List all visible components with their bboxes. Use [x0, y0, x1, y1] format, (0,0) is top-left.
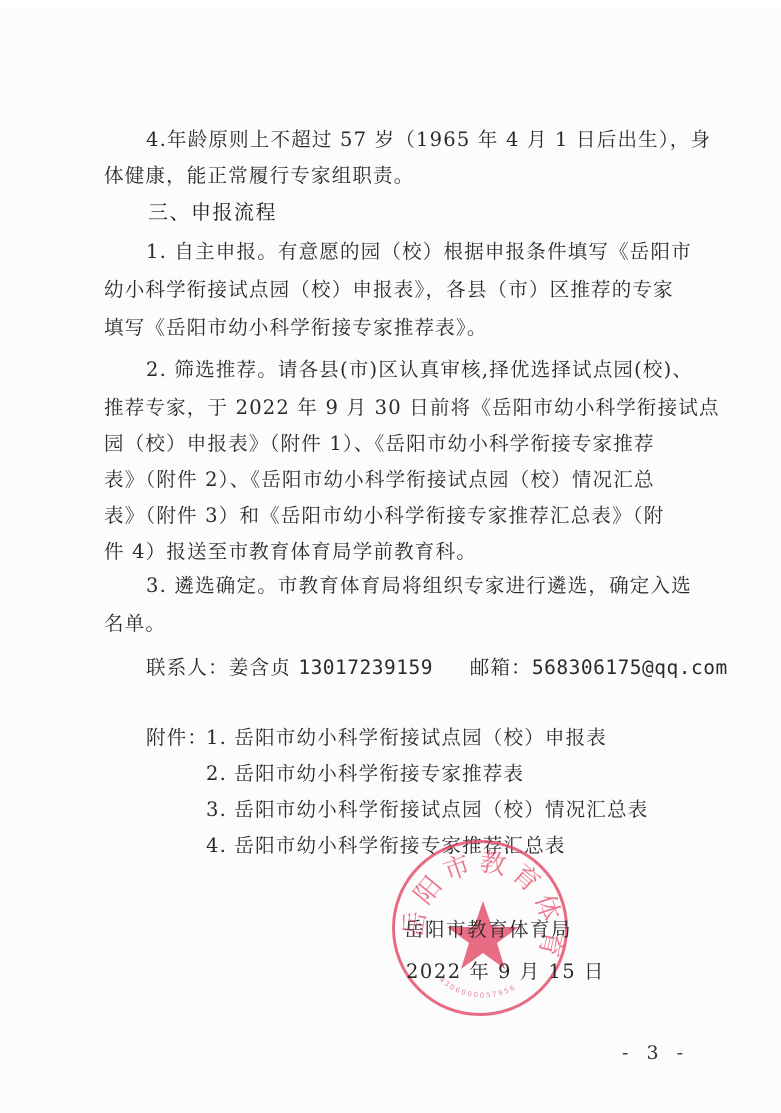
attachment-item-1: 1. 岳阳市幼小科学衔接试点园（校）申报表 [206, 726, 607, 750]
contact-email[interactable]: 568306175@qq.com [532, 656, 728, 679]
step2-line4: 表》（附件 2）、《岳阳市幼小科学衔接试点园（校）情况汇总 [104, 468, 655, 492]
step2-line6: 件 4）报送至市教育体育局学前教育科。 [104, 540, 477, 564]
step2-line1: 2. 筛选推荐。请各县(市)区认真审核,择优选择试点园(校)、 [146, 358, 693, 382]
contact-name: 姜含贞 [229, 656, 291, 679]
step2-line3: 园（校）申报表》（附件 1）、《岳阳市幼小科学衔接专家推荐 [104, 432, 655, 456]
step1-line3: 填写《岳阳市幼小科学衔接专家推荐表》。 [104, 316, 488, 340]
step3-line2: 名单。 [104, 612, 166, 636]
email-label: 邮箱： [470, 656, 532, 679]
contact-label: 联系人： [146, 656, 229, 679]
step1-line2: 幼小科学衔接试点园（校）申报表》，各县（市）区推荐的专家 [104, 278, 674, 302]
signature-date: 2022 年 9 月 15 日 [406, 956, 605, 984]
step2-line2: 推荐专家，于 2022 年 9 月 30 日前将《岳阳市幼小科学衔接试点 [104, 396, 720, 420]
item4-line2: 体健康，能正常履行专家组职责。 [104, 164, 415, 188]
attachment-item-3: 3. 岳阳市幼小科学衔接试点园（校）情况汇总表 [206, 798, 648, 822]
step3-line1: 3. 遴选确定。市教育体育局将组织专家进行遴选，确定入选 [146, 574, 692, 598]
attachments-label: 附件： [146, 726, 208, 750]
step1-line1: 1. 自主申报。有意愿的园（校）根据申报条件填写《岳阳市 [146, 240, 692, 264]
page-number: - 3 - [622, 1042, 689, 1064]
section-heading: 三、申报流程 [148, 200, 277, 224]
attachment-item-2: 2. 岳阳市幼小科学衔接专家推荐表 [206, 762, 524, 786]
attachment-item-4: 4. 岳阳市幼小科学衔接专家推荐汇总表 [206, 834, 566, 858]
step2-line5: 表》（附件 3）和《岳阳市幼小科学衔接专家推荐汇总表》（附 [104, 504, 664, 528]
contact-phone: 13017239159 [298, 656, 433, 679]
contact-line: 联系人：姜含贞 13017239159 邮箱：568306175@qq.com [146, 656, 728, 680]
item4-line1: 4.年龄原则上不超过 57 岁（1965 年 4 月 1 日后出生），身 [146, 128, 711, 152]
svg-text:岳阳市教育体育局: 岳阳市教育体育局 [395, 843, 567, 966]
signature-organization: 岳阳市教育体育局 [404, 914, 572, 942]
document-page: 4.年龄原则上不超过 57 岁（1965 年 4 月 1 日后出生），身 体健康… [0, 0, 781, 1113]
